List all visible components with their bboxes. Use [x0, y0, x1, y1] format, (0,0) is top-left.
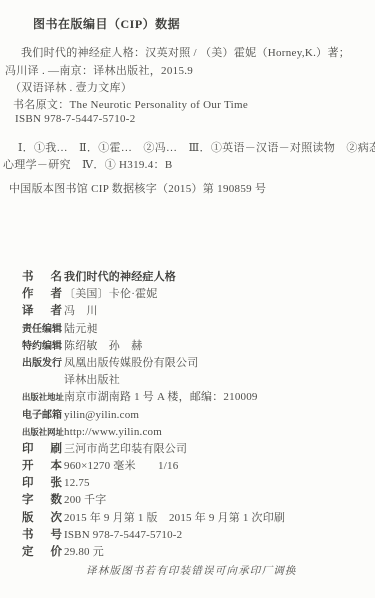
- colophon-block: 书名我们时代的神经症人格作者〔美国〕卡伦·霍妮译者冯 川责任编辑陆元昶特约编辑陈…: [22, 269, 375, 578]
- row-value: 960×1270 毫米 1/16: [64, 458, 178, 475]
- colophon-row: 出版社地址南京市湖南路 1 号 A 楼，邮编：210009: [22, 389, 375, 406]
- label-char: 本: [51, 458, 63, 475]
- label-char: 箱: [52, 407, 62, 424]
- cip-line: 我们时代的神经症人格：汉英对照 / （美）霍妮（Horney,K.）著；: [21, 44, 350, 60]
- colophon-row: 责任编辑陆元昶: [22, 321, 375, 338]
- row-label: 出版社网址: [22, 424, 62, 441]
- label-char: 邮: [42, 407, 52, 424]
- label-char: 号: [51, 527, 63, 544]
- row-value: http://www.yilin.com: [64, 424, 162, 441]
- row-label: 电子邮箱: [22, 407, 62, 424]
- row-value: 29.80 元: [64, 544, 104, 561]
- row-label: 出版社地址: [22, 389, 62, 406]
- colophon-row: 书名我们时代的神经症人格: [22, 269, 375, 286]
- colophon-row: 版次2015 年 9 月第 1 版 2015 年 9 月第 1 次印刷: [22, 510, 375, 527]
- colophon-row: 印刷三河市尚艺印装有限公司: [22, 441, 375, 458]
- label-char: 印: [22, 475, 34, 492]
- label-char: 刷: [51, 441, 63, 458]
- label-char: 网: [47, 424, 55, 441]
- label-char: 特: [22, 338, 32, 355]
- label-char: 印: [22, 441, 34, 458]
- row-label: 印刷: [22, 441, 62, 458]
- label-char: 价: [51, 544, 63, 561]
- label-char: 作: [22, 286, 34, 303]
- colophon-row: 开本960×1270 毫米 1/16: [22, 458, 375, 475]
- cip-line: 书名原文：The Neurotic Personality of Our Tim…: [13, 96, 248, 112]
- row-label: 特约编辑: [22, 338, 62, 355]
- row-value-line2: 译林出版社: [64, 372, 198, 389]
- colophon-row: 出版发行凤凰出版传媒股份有限公司译林出版社: [22, 355, 375, 389]
- label-char: 地: [47, 389, 55, 406]
- label-char: 书: [22, 269, 34, 286]
- row-label: 作者: [22, 286, 62, 303]
- colophon-row: 特约编辑陈绍敏 孙 赫: [22, 338, 375, 355]
- label-char: 定: [22, 544, 34, 561]
- row-label: 版次: [22, 510, 62, 527]
- label-char: 电: [22, 407, 32, 424]
- row-value: 〔美国〕卡伦·霍妮: [64, 286, 157, 303]
- label-char: 辑: [52, 321, 62, 338]
- cip-line: 冯川译 . —南京：译林出版社，2015.9: [5, 62, 193, 78]
- row-label: 书名: [22, 269, 62, 286]
- row-value: 2015 年 9 月第 1 版 2015 年 9 月第 1 次印刷: [64, 510, 285, 527]
- cip-line: 心理学－研究 Ⅳ．① H319.4：B: [3, 156, 172, 172]
- row-label: 开本: [22, 458, 62, 475]
- label-char: 者: [51, 303, 63, 320]
- label-char: 名: [51, 269, 63, 286]
- label-char: 译: [22, 303, 34, 320]
- row-label: 出版发行: [22, 355, 62, 372]
- colophon-rows: 书名我们时代的神经症人格作者〔美国〕卡伦·霍妮译者冯 川责任编辑陆元昶特约编辑陈…: [22, 269, 375, 561]
- label-char: 出: [22, 355, 32, 372]
- cip-line: ISBN 978-7-5447-5710-2: [15, 113, 136, 125]
- label-char: 责: [22, 321, 32, 338]
- row-value: 12.75: [64, 475, 90, 492]
- label-char: 张: [51, 475, 63, 492]
- label-char: 社: [39, 389, 47, 406]
- row-label: 责任编辑: [22, 321, 62, 338]
- colophon-row: 印张12.75: [22, 475, 375, 492]
- label-char: 版: [30, 389, 38, 406]
- label-char: 者: [51, 286, 63, 303]
- label-char: 子: [32, 407, 42, 424]
- colophon-row: 译者冯 川: [22, 303, 375, 320]
- printer-note: 译林版图书若有印装错误可向承印厂调换: [86, 563, 375, 578]
- label-char: 次: [51, 510, 63, 527]
- label-char: 出: [22, 389, 30, 406]
- row-value: 南京市湖南路 1 号 A 楼，邮编：210009: [64, 389, 258, 406]
- colophon-row: 作者〔美国〕卡伦·霍妮: [22, 286, 375, 303]
- label-char: 址: [56, 389, 64, 406]
- row-value: 陈绍敏 孙 赫: [64, 338, 142, 355]
- cip-line: 中国版本图书馆 CIP 数据核字（2015）第 190859 号: [9, 180, 266, 196]
- colophon-row: 电子邮箱yilin@yilin.com: [22, 407, 375, 424]
- label-char: 编: [42, 321, 52, 338]
- row-label: 译者: [22, 303, 62, 320]
- row-value: 我们时代的神经症人格: [64, 269, 176, 286]
- colophon-row: 定价29.80 元: [22, 544, 375, 561]
- label-char: 开: [22, 458, 34, 475]
- cip-line: （双语译林 . 壹力文库）: [10, 79, 132, 95]
- label-char: 书: [22, 527, 34, 544]
- label-char: 出: [22, 424, 30, 441]
- row-value: 陆元昶: [64, 321, 98, 338]
- label-char: 字: [22, 492, 34, 509]
- label-char: 辑: [52, 338, 62, 355]
- row-label: 书号: [22, 527, 62, 544]
- row-value: 凤凰出版传媒股份有限公司译林出版社: [64, 355, 198, 389]
- label-char: 版: [22, 510, 34, 527]
- row-label: 字数: [22, 492, 62, 509]
- row-label: 定价: [22, 544, 62, 561]
- label-char: 发: [42, 355, 52, 372]
- row-value: ISBN 978-7-5447-5710-2: [64, 527, 182, 544]
- label-char: 社: [39, 424, 47, 441]
- label-char: 址: [56, 424, 64, 441]
- label-char: 版: [30, 424, 38, 441]
- label-char: 行: [52, 355, 62, 372]
- row-value: 三河市尚艺印装有限公司: [64, 441, 187, 458]
- row-value: 200 千字: [64, 492, 106, 509]
- cip-heading: 图书在版编目（CIP）数据: [33, 15, 180, 32]
- cip-line: Ⅰ．①我… Ⅱ．①霍… ②冯… Ⅲ．①英语－汉语－对照读物 ②病态: [18, 139, 375, 155]
- row-label: 印张: [22, 475, 62, 492]
- label-char: 约: [32, 338, 42, 355]
- label-char: 编: [42, 338, 52, 355]
- label-char: 数: [51, 492, 63, 509]
- row-value: 冯 川: [64, 303, 98, 320]
- colophon-row: 书号ISBN 978-7-5447-5710-2: [22, 527, 375, 544]
- colophon-row: 出版社网址http://www.yilin.com: [22, 424, 375, 441]
- colophon-row: 字数200 千字: [22, 492, 375, 509]
- copyright-page: 图书在版编目（CIP）数据 我们时代的神经症人格：汉英对照 / （美）霍妮（Ho…: [0, 0, 375, 598]
- label-char: 版: [32, 355, 42, 372]
- label-char: 任: [32, 321, 42, 338]
- row-value: yilin@yilin.com: [64, 407, 139, 424]
